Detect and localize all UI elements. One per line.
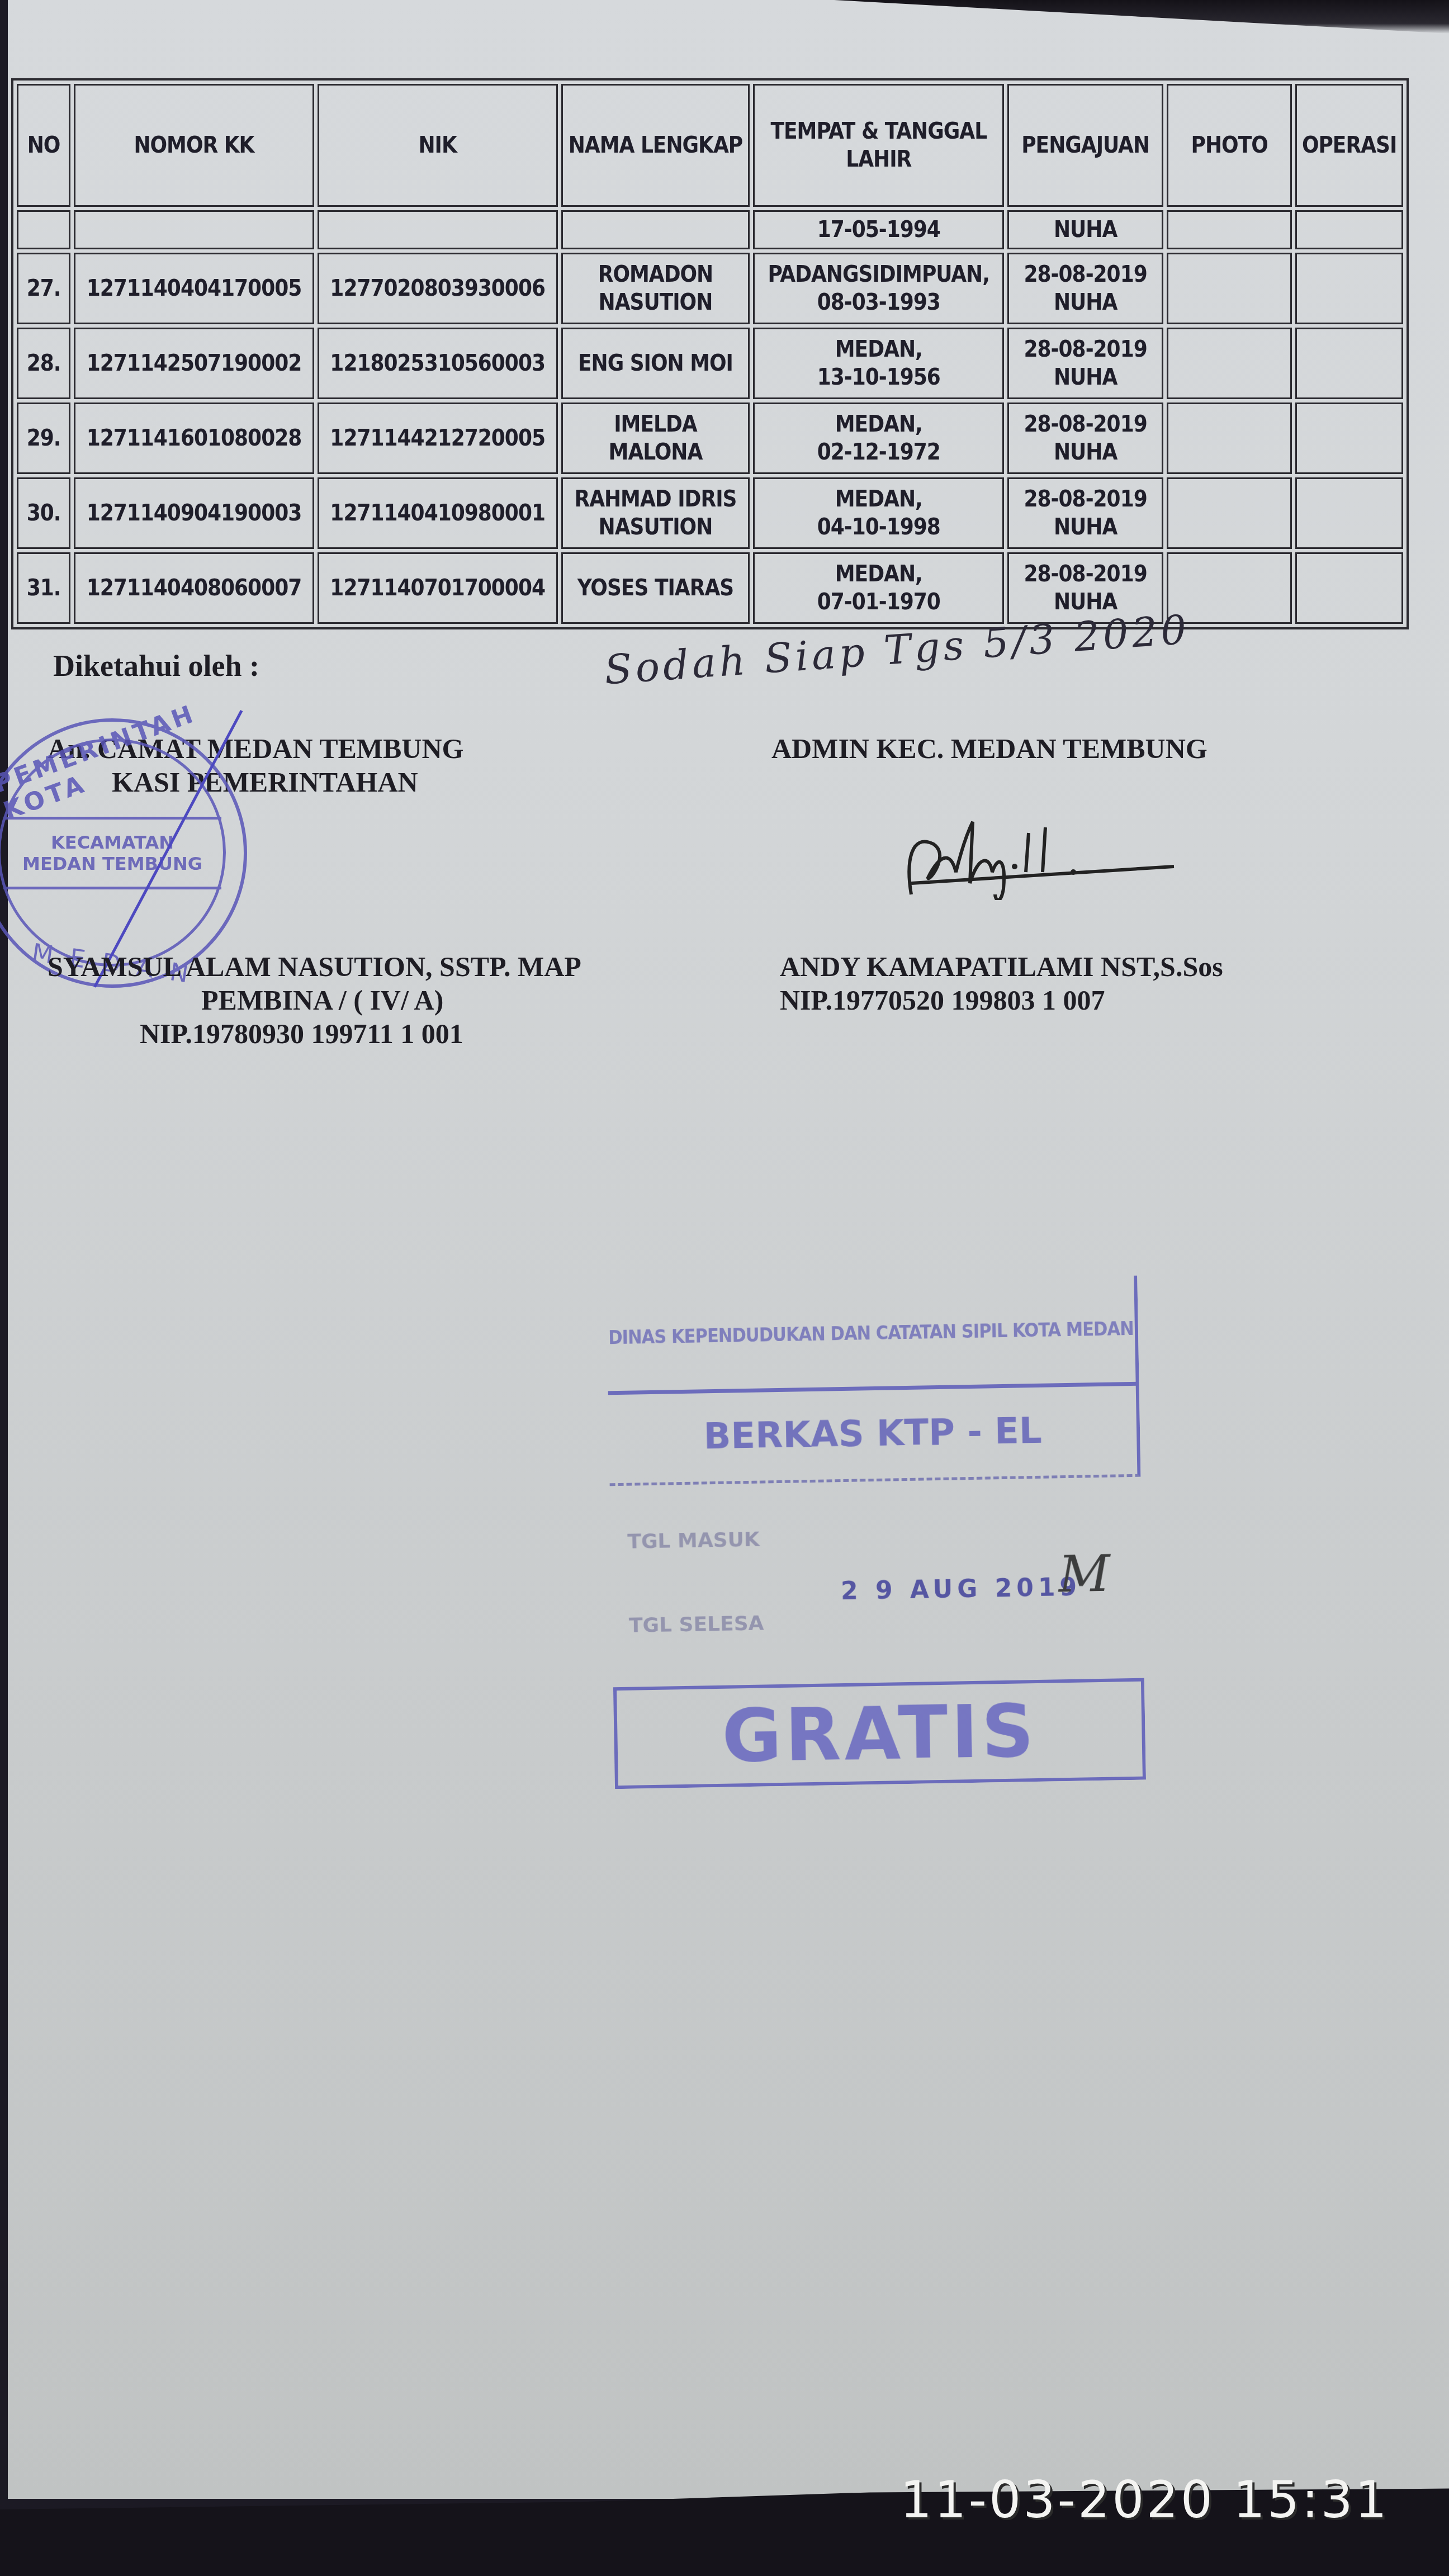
- header-nama-lengkap: NAMA LENGKAP: [561, 84, 750, 207]
- cell-photo: [1167, 402, 1292, 474]
- left-signer-name: SYAMSUL ALAM NASUTION, SSTP. MAP: [48, 950, 581, 983]
- cell-photo: [1167, 328, 1292, 399]
- header-pengajuan: PENGAJUAN: [1007, 84, 1163, 207]
- cell-pengajuan: 28-08-2019NUHA: [1007, 477, 1163, 549]
- cell-ttl: MEDAN,04-10-1998: [753, 477, 1004, 549]
- right-signer-name: ANDY KAMAPATILAMI NST,S.Sos: [780, 950, 1223, 983]
- cell-no: 31.: [17, 552, 70, 624]
- cell-nama: [561, 210, 750, 249]
- pengajuan-officer: NUHA: [1011, 438, 1159, 466]
- table-header-row: NO NOMOR KK NIK NAMA LENGKAP TEMPAT & TA…: [17, 84, 1403, 207]
- stamp-title: BERKAS KTP - EL: [608, 1385, 1141, 1486]
- header-nik: NIK: [318, 84, 558, 207]
- ttl-date: 08-03-1993: [757, 288, 1000, 316]
- table-row: 28.12711425071900021218025310560003ENG S…: [17, 328, 1403, 399]
- left-signer-rank: PEMBINA / ( IV/ A): [201, 984, 443, 1016]
- cell-nama: RAHMAD IDRIS NASUTION: [561, 477, 750, 549]
- cell-nik: 1271140701700004: [318, 552, 558, 624]
- right-signer-nip: NIP.19770520 199803 1 007: [780, 984, 1105, 1016]
- table-row: 31.12711404080600071271140701700004YOSES…: [17, 552, 1403, 624]
- cell-ttl: MEDAN,07-01-1970: [753, 552, 1004, 624]
- cell-operasi: [1295, 477, 1403, 549]
- cell-nama: IMELDA MALONA: [561, 402, 750, 474]
- cell-operasi: [1295, 328, 1403, 399]
- stamp-date-section: TGL MASUK TGL SELESA 2 9 AUG 2019 M: [610, 1477, 1144, 1671]
- header-nomor-kk: NOMOR KK: [74, 84, 314, 207]
- cell-nomor-kk: [74, 210, 314, 249]
- stamp-center-line1: KECAMATAN: [51, 832, 174, 853]
- stamp-label-date-in: TGL MASUK: [627, 1528, 760, 1554]
- pengajuan-officer: NUHA: [1011, 288, 1159, 316]
- registration-table: NO NOMOR KK NIK NAMA LENGKAP TEMPAT & TA…: [11, 78, 1409, 629]
- cell-nama: ENG SION MOI: [561, 328, 750, 399]
- cell-pengajuan: 28-08-2019NUHA: [1007, 402, 1163, 474]
- ttl-date: 02-12-1972: [757, 438, 1000, 466]
- cell-pengajuan: 28-08-2019NUHA: [1007, 328, 1163, 399]
- header-photo: PHOTO: [1167, 84, 1292, 207]
- pengajuan-date: 28-08-2019: [1011, 261, 1159, 288]
- pengajuan-officer: NUHA: [1011, 363, 1159, 391]
- cell-operasi: [1295, 402, 1403, 474]
- cell-photo: [1167, 253, 1292, 324]
- header-tempat-tanggal-lahir: TEMPAT & TANGGAL LAHIR: [753, 84, 1004, 207]
- table-row-partial: 17-05-1994 NUHA: [17, 210, 1403, 249]
- stamp-free-label: GRATIS: [613, 1678, 1146, 1789]
- left-signer-nip: NIP.19780930 199711 1 001: [140, 1017, 463, 1050]
- cell-no: 27.: [17, 253, 70, 324]
- stamp-label-date-done: TGL SELESA: [629, 1612, 764, 1637]
- cell-photo: [1167, 210, 1292, 249]
- cell-nomor-kk: 1271140904190003: [74, 477, 314, 549]
- cell-ttl: PADANGSIDIMPUAN,08-03-1993: [753, 253, 1004, 324]
- stamp-date: 2 9 AUG 2019: [841, 1573, 1082, 1606]
- photo-timestamp: 11-03-2020 15:31: [900, 2471, 1389, 2530]
- header-no: NO: [17, 84, 70, 207]
- stamp-agency-header: DINAS KEPENDUDUKAN DAN CATATAN SIPIL KOT…: [606, 1276, 1139, 1395]
- right-signer-title: ADMIN KEC. MEDAN TEMBUNG: [771, 732, 1207, 765]
- cell-pengajuan: NUHA: [1007, 210, 1163, 249]
- ttl-date: 07-01-1970: [757, 588, 1000, 616]
- cell-no: 28.: [17, 328, 70, 399]
- ttl-place: MEDAN,: [757, 410, 1000, 438]
- cell-ttl: MEDAN,13-10-1956: [753, 328, 1004, 399]
- table-row: 27.12711404041700051277020803930006ROMAD…: [17, 253, 1403, 324]
- cell-nomor-kk: 1271142507190002: [74, 328, 314, 399]
- cell-operasi: [1295, 253, 1403, 324]
- cell-no: 29.: [17, 402, 70, 474]
- cell-nik: [318, 210, 558, 249]
- cell-no: [17, 210, 70, 249]
- cell-pengajuan: 28-08-2019NUHA: [1007, 253, 1163, 324]
- cell-nik: 1271140410980001: [318, 477, 558, 549]
- cell-nik: 1271144212720005: [318, 402, 558, 474]
- table-row: 29.12711416010800281271144212720005IMELD…: [17, 402, 1403, 474]
- cell-operasi: [1295, 210, 1403, 249]
- ttl-place: MEDAN,: [757, 485, 1000, 513]
- stamp-initial: M: [1058, 1545, 1111, 1604]
- cell-photo: [1167, 477, 1292, 549]
- header-operasi: OPERASI: [1295, 84, 1403, 207]
- cell-nama: ROMADON NASUTION: [561, 253, 750, 324]
- ttl-place: MEDAN,: [757, 560, 1000, 588]
- cell-nomor-kk: 1271140404170005: [74, 253, 314, 324]
- ttl-place: MEDAN,: [757, 335, 1000, 363]
- ttl-place: PADANGSIDIMPUAN,: [757, 261, 1000, 288]
- cell-no: 30.: [17, 477, 70, 549]
- cell-ttl: 17-05-1994: [753, 210, 1004, 249]
- ttl-date: 13-10-1956: [757, 363, 1000, 391]
- cell-nik: 1218025310560003: [318, 328, 558, 399]
- cell-nomor-kk: 1271141601080028: [74, 402, 314, 474]
- right-signature: [894, 811, 1180, 900]
- ttl-date: 04-10-1998: [757, 513, 1000, 541]
- pengajuan-date: 28-08-2019: [1011, 560, 1159, 588]
- known-by-label: Diketahui oleh :: [53, 648, 259, 683]
- pengajuan-date: 28-08-2019: [1011, 335, 1159, 363]
- cell-nomor-kk: 1271140408060007: [74, 552, 314, 624]
- cell-ttl: MEDAN,02-12-1972: [753, 402, 1004, 474]
- table-row: 30.12711409041900031271140410980001RAHMA…: [17, 477, 1403, 549]
- ktp-el-file-stamp: DINAS KEPENDUDUKAN DAN CATATAN SIPIL KOT…: [606, 1265, 1144, 1659]
- pengajuan-officer: NUHA: [1011, 513, 1159, 541]
- cell-operasi: [1295, 552, 1403, 624]
- cell-nama: YOSES TIARAS: [561, 552, 750, 624]
- cell-nik: 1277020803930006: [318, 253, 558, 324]
- pengajuan-date: 28-08-2019: [1011, 410, 1159, 438]
- pengajuan-date: 28-08-2019: [1011, 485, 1159, 513]
